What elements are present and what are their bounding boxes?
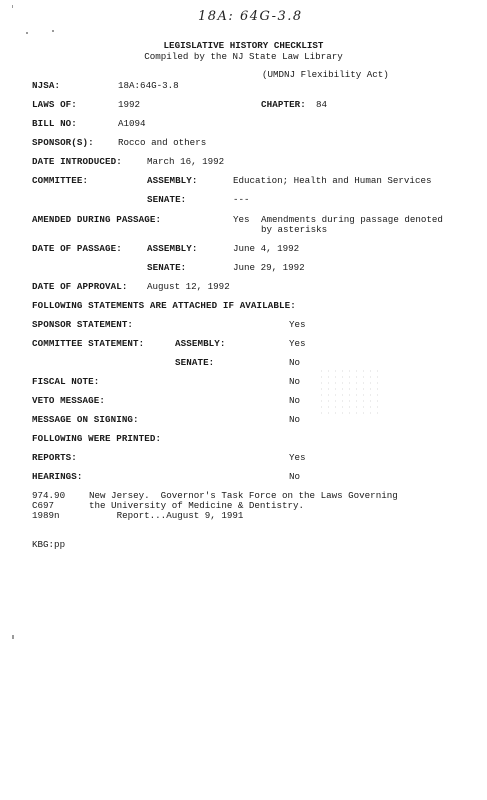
hearings-value: No <box>289 471 300 482</box>
statements-heading: FOLLOWING STATEMENTS ARE ATTACHED IF AVA… <box>32 300 296 311</box>
handwritten-citation: 18A: 64G-3.8 <box>198 11 303 22</box>
date-introduced-value: March 16, 1992 <box>147 156 224 167</box>
reports-label: REPORTS: <box>32 452 77 463</box>
typist-initials: KBG:pp <box>32 539 65 550</box>
amended-label: AMENDED DURING PASSAGE: <box>32 214 161 225</box>
page-subtitle: Compiled by the NJ State Law Library <box>0 51 487 62</box>
message-on-signing-value: No <box>289 414 300 425</box>
scan-speck <box>26 32 28 34</box>
printed-heading: FOLLOWING WERE PRINTED: <box>32 433 161 444</box>
njsa-value: 18A:64G-3.8 <box>118 80 179 91</box>
bill-no-value: A1094 <box>118 118 146 129</box>
njsa-label: NJSA: <box>32 80 60 91</box>
call-number-line3: 1989n <box>32 510 60 521</box>
fiscal-note-label: FISCAL NOTE: <box>32 376 99 387</box>
laws-of-value: 1992 <box>118 99 140 110</box>
fiscal-note-value: No <box>289 376 300 387</box>
date-of-approval-value: August 12, 1992 <box>147 281 230 292</box>
page-title: LEGISLATIVE HISTORY CHECKLIST <box>0 40 487 51</box>
message-on-signing-label: MESSAGE ON SIGNING: <box>32 414 139 425</box>
passage-assembly-label: ASSEMBLY: <box>147 243 198 254</box>
sponsors-value: Rocco and others <box>118 137 206 148</box>
citation-line3: Report...August 9, 1991 <box>89 510 243 521</box>
committee-label: COMMITTEE: <box>32 175 88 186</box>
scan-speck <box>12 5 13 8</box>
veto-message-value: No <box>289 395 300 406</box>
committee-statement-assembly-label: ASSEMBLY: <box>175 338 226 349</box>
act-name: (UMDNJ Flexibility Act) <box>262 69 389 80</box>
chapter-label: CHAPTER: <box>261 99 306 110</box>
committee-assembly-label: ASSEMBLY: <box>147 175 198 186</box>
committee-senate-label: SENATE: <box>147 194 186 205</box>
scan-speck <box>12 635 14 639</box>
amended-value: Yes <box>233 214 250 225</box>
committee-senate-value: --- <box>233 194 250 205</box>
date-of-approval-label: DATE OF APPROVAL: <box>32 281 127 292</box>
sponsor-statement-value: Yes <box>289 319 306 330</box>
sponsor-statement-label: SPONSOR STATEMENT: <box>32 319 133 330</box>
hearings-label: HEARINGS: <box>32 471 83 482</box>
passage-assembly-value: June 4, 1992 <box>233 243 299 254</box>
veto-message-label: VETO MESSAGE: <box>32 395 105 406</box>
committee-statement-assembly-value: Yes <box>289 338 306 349</box>
passage-senate-value: June 29, 1992 <box>233 262 305 273</box>
bill-no-label: BILL NO: <box>32 118 77 129</box>
date-introduced-label: DATE INTRODUCED: <box>32 156 122 167</box>
scan-noise <box>318 368 378 418</box>
chapter-value: 84 <box>316 99 327 110</box>
amended-note-line2: by asterisks <box>261 224 327 235</box>
committee-statement-senate-value: No <box>289 357 300 368</box>
reports-value: Yes <box>289 452 306 463</box>
date-of-passage-label: DATE OF PASSAGE: <box>32 243 122 254</box>
scan-speck <box>52 30 54 32</box>
committee-assembly-value: Education; Health and Human Services <box>233 175 431 186</box>
committee-statement-label: COMMITTEE STATEMENT: <box>32 338 144 349</box>
laws-of-label: LAWS OF: <box>32 99 77 110</box>
committee-statement-senate-label: SENATE: <box>175 357 214 368</box>
passage-senate-label: SENATE: <box>147 262 186 273</box>
sponsors-label: SPONSOR(S): <box>32 137 94 148</box>
